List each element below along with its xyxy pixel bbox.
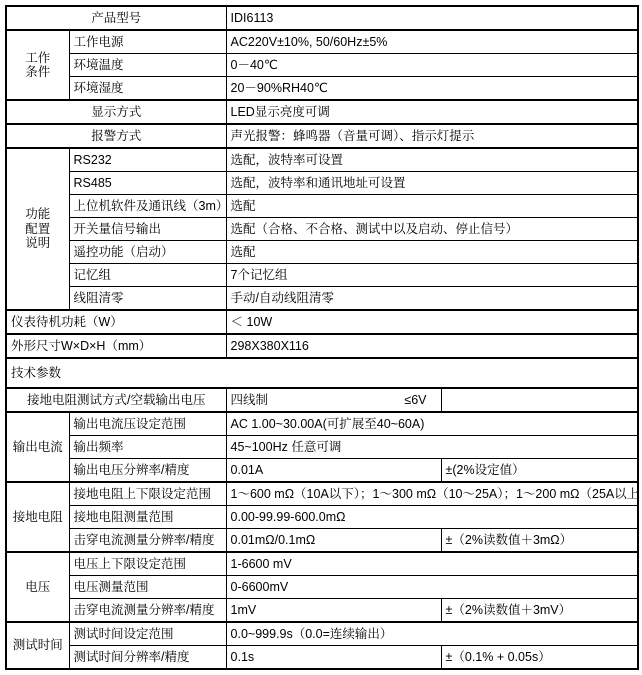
value-cell: 0.01mΩ/0.1mΩ [226, 529, 441, 553]
label-cell: 遥控功能（启动） [69, 241, 226, 264]
value-cell: AC 1.00~30.00A(可扩展至40~60A) [226, 412, 638, 436]
value-cell: 四线制 ≤6V [226, 388, 441, 412]
label-cell: 接地电阻测试方式/空载输出电压 [6, 388, 226, 412]
value-cell: 选配 [226, 241, 638, 264]
label-cell: 显示方式 [6, 100, 226, 124]
table-row: 输出电压分辨率/精度 0.01A ±(2%设定值） [6, 459, 638, 483]
table-row: 输出频率 45~100Hz 任意可调 [6, 436, 638, 459]
category-cell: 测试时间 [6, 622, 69, 669]
value-cell: 45~100Hz 任意可调 [226, 436, 638, 459]
value-cell: 0.01A [226, 459, 441, 483]
table-row: 击穿电流测量分辨率/精度 0.01mΩ/0.1mΩ ±（2%读数值＋3mΩ） [6, 529, 638, 553]
value-cell: 20－90%RH40℃ [226, 77, 638, 101]
value-cell: 1-6600 mV [226, 552, 638, 576]
value-cell: 7个记忆组 [226, 264, 638, 287]
table-row: 测试时间分辨率/精度 0.1s ±（0.1% + 0.05s） [6, 646, 638, 670]
label-cell: 测试时间分辨率/精度 [69, 646, 226, 670]
label-cell: 测试时间设定范围 [69, 622, 226, 646]
table-row: 电压 电压上下限设定范围 1-6600 mV [6, 552, 638, 576]
label-cell: 环境湿度 [69, 77, 226, 101]
table-row: 接地电阻测试方式/空载输出电压 四线制 ≤6V [6, 388, 638, 412]
table-row: 记忆组 7个记忆组 [6, 264, 638, 287]
table-row: 遥控功能（启动） 选配 [6, 241, 638, 264]
table-row: 功能 配置 说明 RS232 选配，波特率可设置 [6, 148, 638, 172]
category-cell: 输出电流 [6, 412, 69, 482]
precision-cell: ±（2%读数值＋3mV） [441, 599, 638, 623]
table-row: 击穿电流测量分辨率/精度 1mV ±（2%读数值＋3mV） [6, 599, 638, 623]
value-cell: ＜ 10W [226, 310, 638, 334]
value-cell: 0-6600mV [226, 576, 638, 599]
label-cell: 接地电阻测量范围 [69, 506, 226, 529]
table-row: 电压测量范围 0-6600mV [6, 576, 638, 599]
label-cell: RS485 [69, 172, 226, 195]
label-cell: 报警方式 [6, 124, 226, 148]
label-cell: 输出频率 [69, 436, 226, 459]
table-row: 开关量信号输出 选配（合格、不合格、测试中以及启动、停止信号） [6, 218, 638, 241]
label-cell: 环境温度 [69, 54, 226, 77]
value-cell: 298X380X116 [226, 334, 638, 358]
label-cell: 记忆组 [69, 264, 226, 287]
value-cell: 1～600 mΩ（10A以下）；1～300 mΩ（10～25A）；1～200 m… [226, 482, 638, 506]
table-row: 接地电阻测量范围 0.00-99.99-600.0mΩ [6, 506, 638, 529]
label-cell: 电压上下限设定范围 [69, 552, 226, 576]
label-cell: 电压测量范围 [69, 576, 226, 599]
label-cell: 输出电压分辨率/精度 [69, 459, 226, 483]
label-cell: RS232 [69, 148, 226, 172]
label-cell: 接地电阻上下限设定范围 [69, 482, 226, 506]
table-row: 工作 条件 工作电源 AC220V±10%, 50/60Hz±5% [6, 30, 638, 54]
label-cell: 线阻清零 [69, 287, 226, 311]
table-row: 环境湿度 20－90%RH40℃ [6, 77, 638, 101]
value-text: 四线制 [231, 393, 269, 407]
value-cell: 1mV [226, 599, 441, 623]
empty-cell [441, 388, 638, 412]
label-cell: 产品型号 [6, 6, 226, 30]
value-cell: 0.00-99.99-600.0mΩ [226, 506, 638, 529]
label-cell: 击穿电流测量分辨率/精度 [69, 529, 226, 553]
value-cell: 手动/自动线阻清零 [226, 287, 638, 311]
table-row: 接地电阻 接地电阻上下限设定范围 1～600 mΩ（10A以下）；1～300 m… [6, 482, 638, 506]
table-row: 技术参数 [6, 358, 638, 388]
value-cell: 声光报警：蜂鸣器（音量可调）、指示灯提示 [226, 124, 638, 148]
value-cell: LED显示亮度可调 [226, 100, 638, 124]
table-row: 上位机软件及通讯线（3m） 选配 [6, 195, 638, 218]
value-cell: AC220V±10%, 50/60Hz±5% [226, 30, 638, 54]
label-cell: 工作电源 [69, 30, 226, 54]
category-cell: 功能 配置 说明 [6, 148, 69, 310]
label-cell: 击穿电流测量分辨率/精度 [69, 599, 226, 623]
table-row: 测试时间 测试时间设定范围 0.0~999.9s（0.0=连续输出） [6, 622, 638, 646]
label-cell: 外形尺寸W×D×H（mm） [6, 334, 226, 358]
value-cell: IDI6113 [226, 6, 638, 30]
label-cell: 开关量信号输出 [69, 218, 226, 241]
value-cell: 选配（合格、不合格、测试中以及启动、停止信号） [226, 218, 638, 241]
precision-cell: ±（2%读数值＋3mΩ） [441, 529, 638, 553]
category-cell: 接地电阻 [6, 482, 69, 552]
value-cell: 0－40℃ [226, 54, 638, 77]
table-row: 仪表待机功耗（W） ＜ 10W [6, 310, 638, 334]
label-cell: 输出电流压设定范围 [69, 412, 226, 436]
table-row: 报警方式 声光报警：蜂鸣器（音量可调）、指示灯提示 [6, 124, 638, 148]
value-limit: ≤6V [404, 393, 426, 407]
table-row: 输出电流 输出电流压设定范围 AC 1.00~30.00A(可扩展至40~60A… [6, 412, 638, 436]
table-row: 环境温度 0－40℃ [6, 54, 638, 77]
precision-cell: ±（0.1% + 0.05s） [441, 646, 638, 670]
precision-cell: ±(2%设定值） [441, 459, 638, 483]
label-cell: 仪表待机功耗（W） [6, 310, 226, 334]
label-cell: 上位机软件及通讯线（3m） [69, 195, 226, 218]
category-cell: 电压 [6, 552, 69, 622]
category-cell: 工作 条件 [6, 30, 69, 100]
value-cell: 0.1s [226, 646, 441, 670]
spec-table: 产品型号 IDI6113 工作 条件 工作电源 AC220V±10%, 50/6… [5, 5, 639, 670]
table-row: 外形尺寸W×D×H（mm） 298X380X116 [6, 334, 638, 358]
value-cell: 选配 [226, 195, 638, 218]
value-cell: 0.0~999.9s（0.0=连续输出） [226, 622, 638, 646]
table-row: 产品型号 IDI6113 [6, 6, 638, 30]
value-cell: 选配，波特率和通讯地址可设置 [226, 172, 638, 195]
table-row: 线阻清零 手动/自动线阻清零 [6, 287, 638, 311]
table-row: RS485 选配，波特率和通讯地址可设置 [6, 172, 638, 195]
table-row: 显示方式 LED显示亮度可调 [6, 100, 638, 124]
section-title: 技术参数 [6, 358, 638, 388]
page: 产品型号 IDI6113 工作 条件 工作电源 AC220V±10%, 50/6… [0, 0, 642, 675]
value-cell: 选配，波特率可设置 [226, 148, 638, 172]
